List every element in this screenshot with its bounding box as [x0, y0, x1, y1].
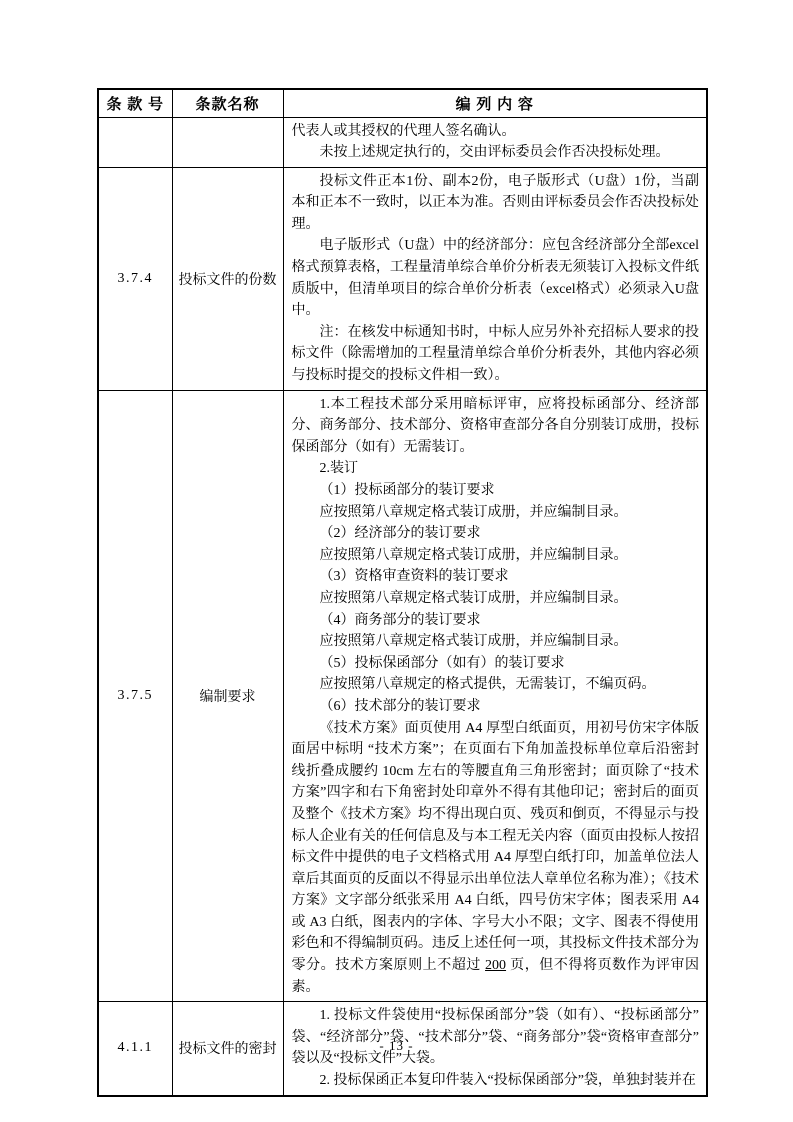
page-number: - 13 - [0, 1038, 793, 1054]
paragraph-text: 2.装订 [320, 461, 359, 476]
clause-name: 编制要求 [172, 390, 283, 1002]
paragraph-text: 1.本工程技术部分采用暗标评审，应将投标函部分、经济部分、商务部分、技术部分、资… [292, 397, 700, 455]
content-paragraph: （4）商务部分的装订要求 [292, 610, 700, 632]
paragraph-text: 投标文件正本1份、副本2份，电子版形式（U盘）1份，当副本和正本不一致时，以正本… [292, 174, 700, 232]
paragraph-text: 应按照第八章规定格式装订成册，并应编制目录。 [320, 591, 628, 606]
table-row: 代表人或其授权的代理人签名确认。未按上述规定执行的，交由评标委员会作否决投标处理… [98, 117, 707, 167]
content-cell: 投标文件正本1份、副本2份，电子版形式（U盘）1份，当副本和正本不一致时，以正本… [283, 167, 707, 390]
table-row: 3.7.5 编制要求 1.本工程技术部分采用暗标评审，应将投标函部分、经济部分、… [98, 390, 707, 1002]
content-paragraph: 2.装订 [292, 458, 700, 480]
paragraph-text: 未按上述规定执行的，交由评标委员会作否决投标处理。 [320, 145, 670, 160]
content-paragraph: 注：在核发中标通知书时，中标人应另外补充招标人要求的投标文件（除需增加的工程量清… [292, 322, 700, 387]
paragraph-text: 代表人或其授权的代理人签名确认。 [292, 124, 516, 139]
paragraph-text: 《技术方案》面页使用 A4 厚型白纸面页，用初号仿宋字体版面居中标明 “技术方案… [292, 721, 700, 974]
content-paragraph: 应按照第八章规定格式装订成册，并应编制目录。 [292, 631, 700, 653]
content-paragraph: （5）投标保函部分（如有）的装订要求 [292, 653, 700, 675]
underlined-text: 200 [485, 958, 506, 973]
column-header-clause-no: 条 款 号 [98, 89, 172, 117]
content-paragraph: 未按上述规定执行的，交由评标委员会作否决投标处理。 [292, 142, 700, 164]
content-paragraph: （1）投标函部分的装订要求 [292, 480, 700, 502]
table-row: 3.7.4 投标文件的份数 投标文件正本1份、副本2份，电子版形式（U盘）1份，… [98, 167, 707, 390]
column-header-clause-name: 条款名称 [172, 89, 283, 117]
paragraph-text: （1）投标函部分的装订要求 [320, 483, 495, 498]
clause-name: 投标文件的份数 [172, 167, 283, 390]
content-paragraph: （3）资格审查资料的装订要求 [292, 566, 700, 588]
content-paragraph: 应按照第八章规定格式装订成册，并应编制目录。 [292, 588, 700, 610]
clause-name [172, 117, 283, 167]
paragraph-text: 应按照第八章规定的格式提供，无需装订，不编页码。 [320, 677, 656, 692]
paragraph-text: （5）投标保函部分（如有）的装订要求 [320, 656, 565, 671]
content-paragraph: （6）技术部分的装订要求 [292, 696, 700, 718]
clauses-table: 条 款 号 条款名称 编 列 内 容 代表人或其授权的代理人签名确认。未按上述规… [97, 88, 708, 1097]
paragraph-text: （3）资格审查资料的装订要求 [320, 569, 509, 584]
content-cell: 1.本工程技术部分采用暗标评审，应将投标函部分、经济部分、商务部分、技术部分、资… [283, 390, 707, 1002]
paragraph-text: 应按照第八章规定格式装订成册，并应编制目录。 [320, 505, 628, 520]
column-header-content: 编 列 内 容 [283, 89, 707, 117]
paragraph-text: （4）商务部分的装订要求 [320, 613, 481, 628]
paragraph-text: 电子版形式（U盘）中的经济部分：应包含经济部分全部excel格式预算表格，工程量… [292, 238, 700, 318]
clause-no: 3.7.4 [98, 167, 172, 390]
paragraph-text: （6）技术部分的装订要求 [320, 699, 481, 714]
content-paragraph: 代表人或其授权的代理人签名确认。 [292, 121, 700, 143]
document-page: 条 款 号 条款名称 编 列 内 容 代表人或其授权的代理人签名确认。未按上述规… [0, 0, 793, 1122]
content-paragraph: 投标文件正本1份、副本2份，电子版形式（U盘）1份，当副本和正本不一致时，以正本… [292, 171, 700, 236]
paragraph-text: 2. 投标保函正本复印件装入“投标保函部分”袋，单独封装并在 [320, 1073, 696, 1088]
content-paragraph: 应按照第八章规定的格式提供，无需装订，不编页码。 [292, 674, 700, 696]
content-paragraph: 应按照第八章规定格式装订成册，并应编制目录。 [292, 545, 700, 567]
content-paragraph: （2）经济部分的装订要求 [292, 523, 700, 545]
content-paragraph: 应按照第八章规定格式装订成册，并应编制目录。 [292, 502, 700, 524]
content-paragraph: 1.本工程技术部分采用暗标评审，应将投标函部分、经济部分、商务部分、技术部分、资… [292, 394, 700, 459]
paragraph-text: 注：在核发中标通知书时，中标人应另外补充招标人要求的投标文件（除需增加的工程量清… [292, 325, 700, 383]
content-cell: 代表人或其授权的代理人签名确认。未按上述规定执行的，交由评标委员会作否决投标处理… [283, 117, 707, 167]
content-paragraph: 电子版形式（U盘）中的经济部分：应包含经济部分全部excel格式预算表格，工程量… [292, 235, 700, 321]
content-paragraph: 《技术方案》面页使用 A4 厚型白纸面页，用初号仿宋字体版面居中标明 “技术方案… [292, 718, 700, 999]
clause-no [98, 117, 172, 167]
paragraph-text: 应按照第八章规定格式装订成册，并应编制目录。 [320, 634, 628, 649]
clause-no: 3.7.5 [98, 390, 172, 1002]
content-paragraph: 2. 投标保函正本复印件装入“投标保函部分”袋，单独封装并在 [292, 1070, 700, 1092]
table-header-row: 条 款 号 条款名称 编 列 内 容 [98, 89, 707, 117]
paragraph-text: （2）经济部分的装订要求 [320, 526, 481, 541]
paragraph-text: 应按照第八章规定格式装订成册，并应编制目录。 [320, 548, 628, 563]
